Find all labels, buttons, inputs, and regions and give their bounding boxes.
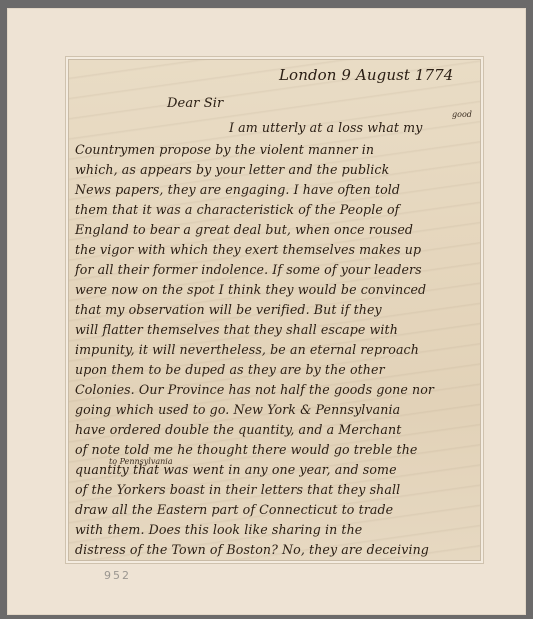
letter-line: with them. Does this look like sharing i…	[75, 524, 362, 537]
letter-line: Countrymen propose by the violent manner…	[75, 144, 374, 157]
interlinear-insertion-good: good	[452, 110, 472, 119]
letter-line: that my observation will be verified. Bu…	[75, 304, 382, 317]
letter-line: impunity, it will nevertheless, be an et…	[75, 344, 419, 357]
letter-line: were now on the spot I think they would …	[75, 284, 426, 297]
letter-line: I am utterly at a loss what my	[229, 122, 422, 135]
letter-line: which, as appears by your letter and the…	[75, 164, 389, 177]
pencil-catalog-number: 952	[104, 569, 131, 582]
mat-board: London 9 August 1774 Dear Sir good I am …	[7, 8, 526, 615]
letter-line: of note told me he thought there would g…	[75, 444, 417, 457]
letter-line: going which used to go. New York & Penns…	[75, 404, 400, 417]
letter-line: have ordered double the quantity, and a …	[75, 424, 401, 437]
letter-line: News papers, they are engaging. I have o…	[75, 184, 400, 197]
letter-line: will flatter themselves that they shall …	[75, 324, 398, 337]
letter-line: of the Yorkers boast in their letters th…	[75, 484, 400, 497]
letter-line: distress of the Town of Boston? No, they…	[75, 544, 429, 557]
letter-paper: London 9 August 1774 Dear Sir good I am …	[68, 59, 481, 561]
letter-line: Colonies. Our Province has not half the …	[75, 384, 434, 397]
letter-line: quantity that was went in any one year, …	[75, 464, 397, 477]
letter-line: England to bear a great deal but, when o…	[75, 224, 413, 237]
letter-line: upon them to be duped as they are by the…	[75, 364, 385, 377]
salutation: Dear Sir	[167, 96, 223, 111]
letter-line: for all their former indolence. If some …	[75, 264, 422, 277]
letter-line: draw all the Eastern part of Connecticut…	[75, 504, 393, 517]
letter-line: the vigor with which they exert themselv…	[75, 244, 421, 257]
dateline: London 9 August 1774	[279, 66, 453, 84]
letter-line: them that it was a characteristick of th…	[75, 204, 399, 217]
